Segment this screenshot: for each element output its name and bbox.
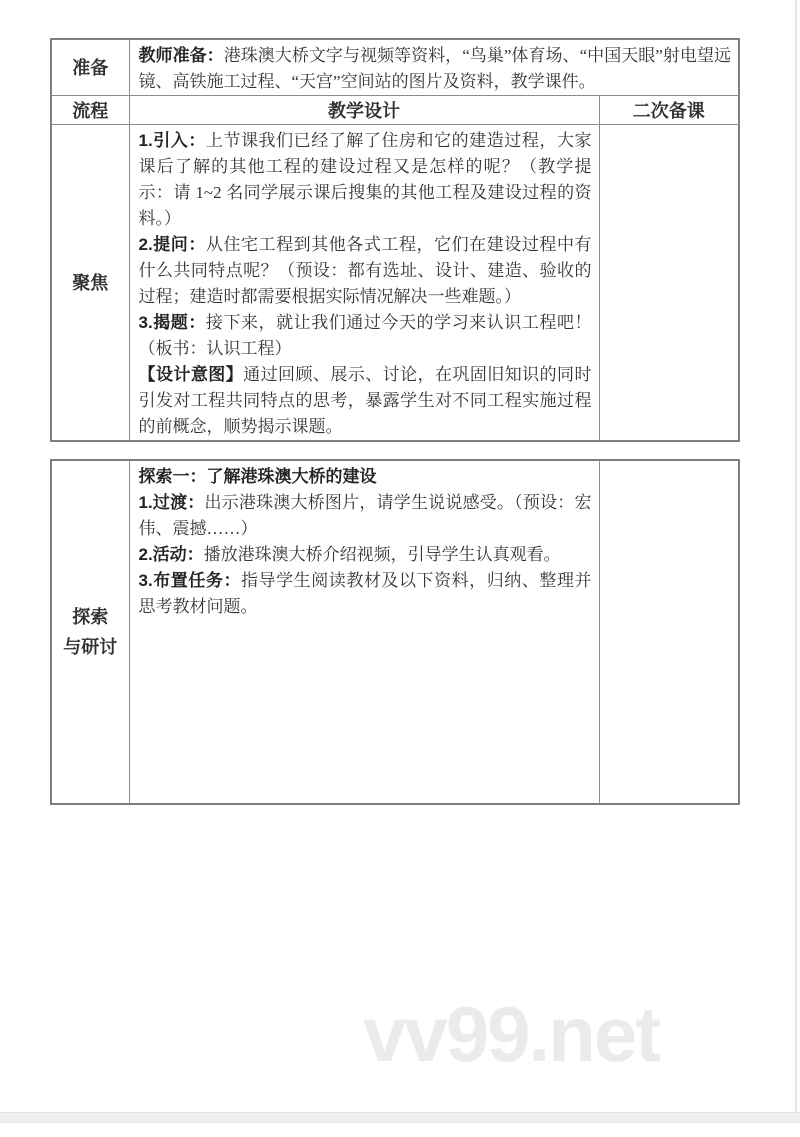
header-process: 流程: [72, 101, 108, 121]
focus-content-cell: 1.引入：上节课我们已经了解了住房和它的建造过程，大家课后了解的其他工程的建设过…: [129, 125, 599, 442]
prep-bold-label: 教师准备：: [139, 46, 224, 65]
table-header-row: 流程 教学设计 二次备课: [51, 96, 739, 125]
explore-paragraph-2: 2.活动：播放港珠澳大桥介绍视频，引导学生认真观看。: [139, 542, 592, 568]
prep-paragraph: 教师准备：港珠澳大桥文字与视频等资料，“鸟巢”体育场、“中国天眼”射电望远镜、高…: [139, 43, 732, 95]
focus-notes-cell: [599, 125, 739, 442]
page-edge-line: [795, 0, 797, 1112]
page-break-separator: [0, 1112, 800, 1123]
explore-stage-cell: 探索 与研讨: [51, 460, 129, 804]
header-process-cell: 流程: [51, 96, 129, 125]
header-second-prep: 二次备课: [633, 101, 705, 121]
explore-stage-line1: 探索: [53, 602, 128, 632]
header-design-cell: 教学设计: [129, 96, 599, 125]
explore-p3-label: 3.布置任务：: [139, 571, 242, 590]
focus-p2-text: 从住宅工程到其他各式工程，它们在建设过程中有什么共同特点呢？（预设：都有选址、设…: [139, 235, 592, 306]
explore-paragraph-3: 3.布置任务：指导学生阅读教材及以下资料，归纳、整理并思考教材问题。: [139, 568, 592, 620]
explore-heading: 探索一：了解港珠澳大桥的建设: [139, 464, 592, 490]
focus-stage-label: 聚焦: [72, 273, 108, 293]
focus-p3-label: 3.揭题：: [139, 313, 206, 332]
focus-paragraph-3: 3.揭题：接下来，就让我们通过今天的学习来认识工程吧！（板书：认识工程）: [139, 310, 592, 362]
focus-paragraph-1: 1.引入：上节课我们已经了解了住房和它的建造过程，大家课后了解的其他工程的建设过…: [139, 128, 592, 232]
explore-stage-line2: 与研讨: [53, 632, 128, 662]
explore-p2-text: 播放港珠澳大桥介绍视频，引导学生认真观看。: [204, 545, 561, 564]
explore-p1-text: 出示港珠澳大桥图片，请学生说说感受。（预设：宏伟、震撼……）: [139, 493, 592, 538]
explore-notes-cell: [599, 460, 739, 804]
prep-label: 准备: [72, 58, 108, 78]
prep-content-cell: 教师准备：港珠澳大桥文字与视频等资料，“鸟巢”体育场、“中国天眼”射电望远镜、高…: [129, 39, 739, 96]
focus-p3-text: 接下来，就让我们通过今天的学习来认识工程吧！（板书：认识工程）: [139, 313, 592, 358]
explore-content-cell: 探索一：了解港珠澳大桥的建设 1.过渡：出示港珠澳大桥图片，请学生说说感受。（预…: [129, 460, 599, 804]
focus-p1-text: 上节课我们已经了解了住房和它的建造过程，大家课后了解的其他工程的建设过程又是怎样…: [139, 131, 592, 228]
focus-p2-label: 2.提问：: [139, 235, 206, 254]
table-row-focus: 聚焦 1.引入：上节课我们已经了解了住房和它的建造过程，大家课后了解的其他工程的…: [51, 125, 739, 442]
explore-p2-label: 2.活动：: [139, 545, 204, 564]
prep-text: 港珠澳大桥文字与视频等资料，“鸟巢”体育场、“中国天眼”射电望远镜、高铁施工过程…: [139, 46, 732, 91]
focus-paragraph-4: 【设计意图】通过回顾、展示、讨论，在巩固旧知识的同时引发对工程共同特点的思考，暴…: [139, 362, 592, 440]
focus-p1-label: 1.引入：: [139, 131, 206, 150]
site-watermark: vv99.net: [363, 995, 659, 1073]
focus-p4-label: 【设计意图】: [139, 365, 244, 384]
header-design: 教学设计: [328, 101, 400, 121]
table-row-explore: 探索 与研讨 探索一：了解港珠澳大桥的建设 1.过渡：出示港珠澳大桥图片，请学生…: [51, 460, 739, 804]
lesson-plan-table-explore: 探索 与研讨 探索一：了解港珠澳大桥的建设 1.过渡：出示港珠澳大桥图片，请学生…: [50, 459, 740, 805]
header-second-prep-cell: 二次备课: [599, 96, 739, 125]
explore-paragraph-1: 1.过渡：出示港珠澳大桥图片，请学生说说感受。（预设：宏伟、震撼……）: [139, 490, 592, 542]
explore-p1-label: 1.过渡：: [139, 493, 205, 512]
focus-stage-cell: 聚焦: [51, 125, 129, 442]
prep-label-cell: 准备: [51, 39, 129, 96]
focus-paragraph-2: 2.提问：从住宅工程到其他各式工程，它们在建设过程中有什么共同特点呢？（预设：都…: [139, 232, 592, 310]
document-page: { "page": { "watermark": "vv99.net" }, "…: [0, 0, 800, 1137]
table-row-preparation: 准备 教师准备：港珠澳大桥文字与视频等资料，“鸟巢”体育场、“中国天眼”射电望远…: [51, 39, 739, 96]
lesson-plan-table-top: 准备 教师准备：港珠澳大桥文字与视频等资料，“鸟巢”体育场、“中国天眼”射电望远…: [50, 38, 740, 442]
